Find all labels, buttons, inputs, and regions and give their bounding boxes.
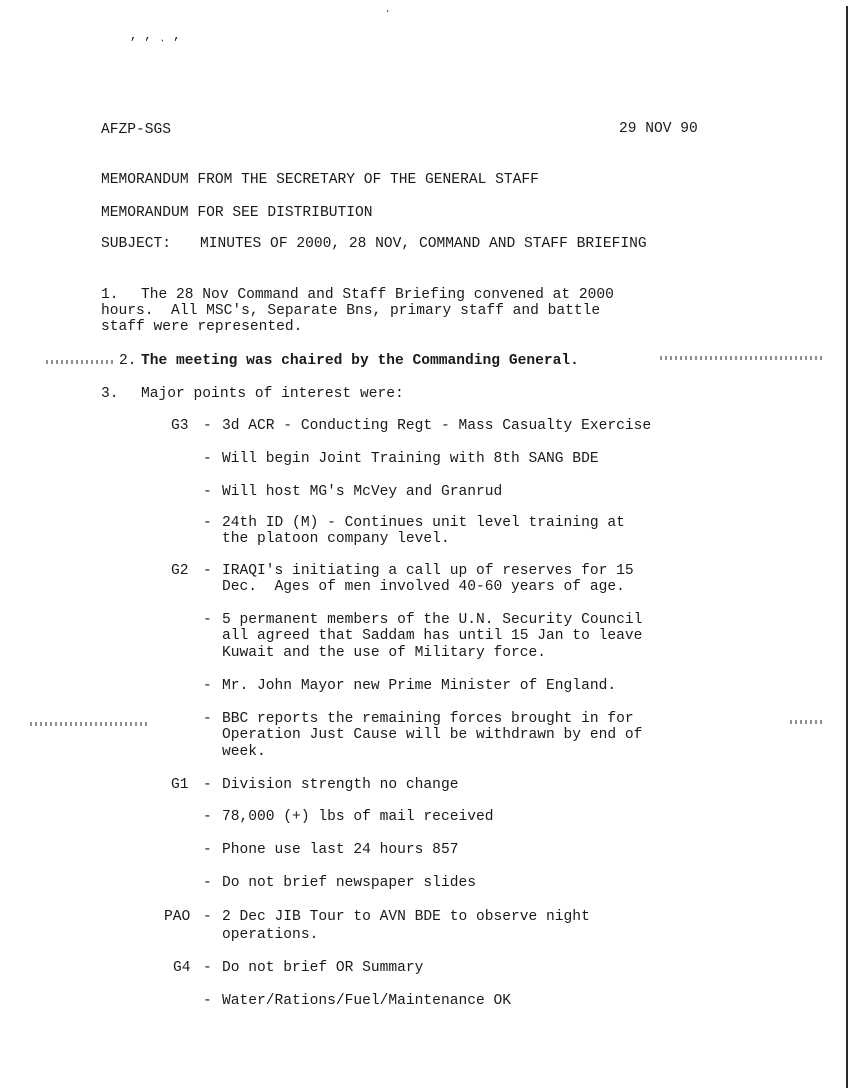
item-line: 5 permanent members of the U.N. Security… — [222, 612, 642, 629]
memo-for: MEMORANDUM FOR SEE DISTRIBUTION — [101, 205, 373, 222]
item-line: Will host MG's McVey and Granrud — [222, 484, 502, 501]
paragraph-number: 2. — [119, 353, 137, 370]
dash: - — [203, 960, 212, 977]
item-line: week. — [222, 744, 266, 761]
item-line: Will begin Joint Training with 8th SANG … — [222, 451, 599, 468]
dash: - — [203, 563, 212, 580]
dash: - — [203, 418, 212, 435]
staff-label: G1 — [171, 777, 189, 794]
scan-noise — [30, 722, 150, 726]
dash: - — [203, 451, 212, 468]
dash: - — [203, 612, 212, 629]
paragraph-line: Major points of interest were: — [141, 386, 404, 403]
dash: - — [203, 809, 212, 826]
staff-label: PAO — [164, 909, 190, 926]
item-line: Water/Rations/Fuel/Maintenance OK — [222, 993, 511, 1010]
item-line: all agreed that Saddam has until 15 Jan … — [222, 628, 642, 645]
dash: - — [203, 993, 212, 1010]
page-edge-line — [846, 6, 848, 1088]
dash: - — [203, 515, 212, 532]
paragraph-number: 1. — [101, 287, 119, 304]
staff-label: G3 — [171, 418, 189, 435]
item-line: Dec. Ages of men involved 40-60 years of… — [222, 579, 625, 596]
item-line: IRAQI's initiating a call up of reserves… — [222, 563, 634, 580]
dash: - — [203, 777, 212, 794]
office-symbol: AFZP-SGS — [101, 122, 171, 139]
staff-label: G2 — [171, 563, 189, 580]
memo-from: MEMORANDUM FROM THE SECRETARY OF THE GEN… — [101, 172, 539, 189]
item-line: Kuwait and the use of Military force. — [222, 645, 546, 662]
item-line: Mr. John Mayor new Prime Minister of Eng… — [222, 678, 616, 695]
paragraph-line: The 28 Nov Command and Staff Briefing co… — [141, 287, 614, 304]
scan-noise — [46, 360, 116, 364]
dash: - — [203, 678, 212, 695]
item-line: 24th ID (M) - Continues unit level train… — [222, 515, 625, 532]
subject-text: MINUTES OF 2000, 28 NOV, COMMAND AND STA… — [200, 236, 647, 253]
item-line: the platoon company level. — [222, 531, 450, 548]
paragraph-line: The meeting was chaired by the Commandin… — [141, 353, 579, 370]
item-line: operations. — [222, 927, 318, 944]
dash: - — [203, 875, 212, 892]
item-line: Do not brief newspaper slides — [222, 875, 476, 892]
item-line: 2 Dec JIB Tour to AVN BDE to observe nig… — [222, 909, 590, 926]
scan-noise — [660, 356, 822, 360]
scan-noise — [790, 720, 824, 724]
dash: - — [203, 484, 212, 501]
item-line: Phone use last 24 hours 857 — [222, 842, 458, 859]
dash: - — [203, 711, 212, 728]
item-line: 78,000 (+) lbs of mail received — [222, 809, 494, 826]
dash: - — [203, 842, 212, 859]
paragraph-number: 3. — [101, 386, 119, 403]
paragraph-line: staff were represented. — [101, 319, 302, 336]
dash: - — [203, 909, 212, 926]
item-line: Division strength no change — [222, 777, 458, 794]
subject-label: SUBJECT: — [101, 236, 171, 253]
staff-label: G4 — [173, 960, 191, 977]
item-line: BBC reports the remaining forces brought… — [222, 711, 634, 728]
scan-speck: , , ˎ , — [130, 30, 180, 42]
item-line: Do not brief OR Summary — [222, 960, 423, 977]
memo-date: 29 NOV 90 — [619, 121, 698, 138]
paragraph-line: hours. All MSC's, Separate Bns, primary … — [101, 303, 600, 320]
scan-speck: ˊ — [384, 10, 391, 22]
item-line: Operation Just Cause will be withdrawn b… — [222, 727, 642, 744]
item-line: 3d ACR - Conducting Regt - Mass Casualty… — [222, 418, 651, 435]
